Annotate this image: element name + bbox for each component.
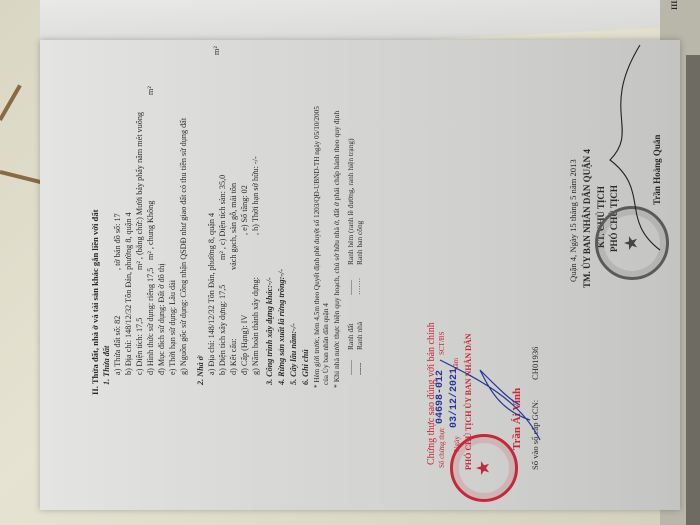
legend-balcony-label: Ranh ban công — [355, 221, 365, 265]
floor-groove — [0, 84, 22, 121]
legend-house-symbol: ----- — [355, 363, 365, 375]
blue-signature — [420, 340, 550, 460]
house-structure: vách gạch, sàn gỗ, mái tôn — [229, 183, 240, 270]
land-use-origin: g) Nguồn gốc sử dụng: Công nhận QSDĐ như… — [179, 118, 190, 375]
other-construction: 3. Công trình xây dựng khác:-/- — [265, 277, 276, 385]
land-address: b) Địa chỉ: 148/12/32 Tôn Đản, phường 8,… — [124, 212, 135, 375]
legend-house-label: Ranh nhà — [355, 322, 365, 350]
house-completion-year: g) Năm hoàn thành xây dựng: — [251, 277, 262, 375]
section-3-header: III. Sơ — [670, 0, 679, 10]
land-parcel-number: a) Thửa đất số: 82 — [113, 316, 124, 375]
star-icon: ★ — [472, 460, 496, 476]
house-floor-unit: m² — [212, 46, 223, 55]
house-build-area: b) Diện tích xây dựng: 17,5 — [218, 285, 229, 375]
land-map-sheet: , tờ bản đồ số: 17 — [113, 213, 124, 270]
legend-balcony-symbol: ······· — [355, 278, 365, 295]
perennial-trees: 5. Cây lâu năm:-/- — [289, 323, 300, 385]
issuance-place-date: Quận 4, Ngày 15 tháng 5 năm 2013 — [568, 159, 579, 282]
production-forest: 4. Rừng sản xuất là rừng trồng:-/- — [277, 269, 288, 385]
notes-heading: 6. Ghi chú — [301, 349, 312, 385]
land-use-purpose: đ) Mục đích sử dụng: Đất ở đô thị — [157, 263, 168, 375]
house-address: a) Địa chỉ: 148/12/32 Tôn Đản, phường 8,… — [207, 213, 218, 375]
land-area: c) Diện tích: 17,5 — [135, 318, 146, 375]
land-use-term: e) Thời hạn sử dụng: Lâu dài — [168, 280, 179, 375]
land-heading: 1. Thửa đất — [102, 346, 113, 385]
house-structure-label: d) Kết cấu: — [229, 339, 240, 375]
house-floors: , e) Số tầng: 02 — [240, 185, 251, 235]
certificate-page: II. Thửa đất, nhà ở và tài sản khác gắn … — [40, 40, 680, 510]
land-use-form: d) Hình thức sử dụng: riêng 17,5 — [146, 268, 157, 375]
land-use-unit: m² — [146, 86, 157, 95]
land-area-words: m² , (bằng chữ:) Mười bảy phẩy năm mét v… — [135, 112, 146, 270]
black-signature — [580, 40, 680, 260]
house-floor-area: m² , c) Diện tích sàn: 35,0 — [218, 175, 229, 260]
note-planning: * Khi nhà nước thực hiện quy hoạch, chủ … — [332, 111, 342, 388]
note-alley-authority: của Ủy ban nhân dân quận 4 — [322, 303, 332, 385]
house-ownership-term: , h) Thời hạn sở hữu: -/- — [251, 156, 262, 235]
section-2-title: II. Thửa đất, nhà ở và tài sản khác gắn … — [90, 210, 101, 395]
house-grade: đ) Cấp (Hạng): IV — [240, 315, 251, 375]
land-use-shared: m² , chung Không — [146, 201, 157, 260]
house-heading: 2. Nhà ở — [196, 356, 207, 385]
